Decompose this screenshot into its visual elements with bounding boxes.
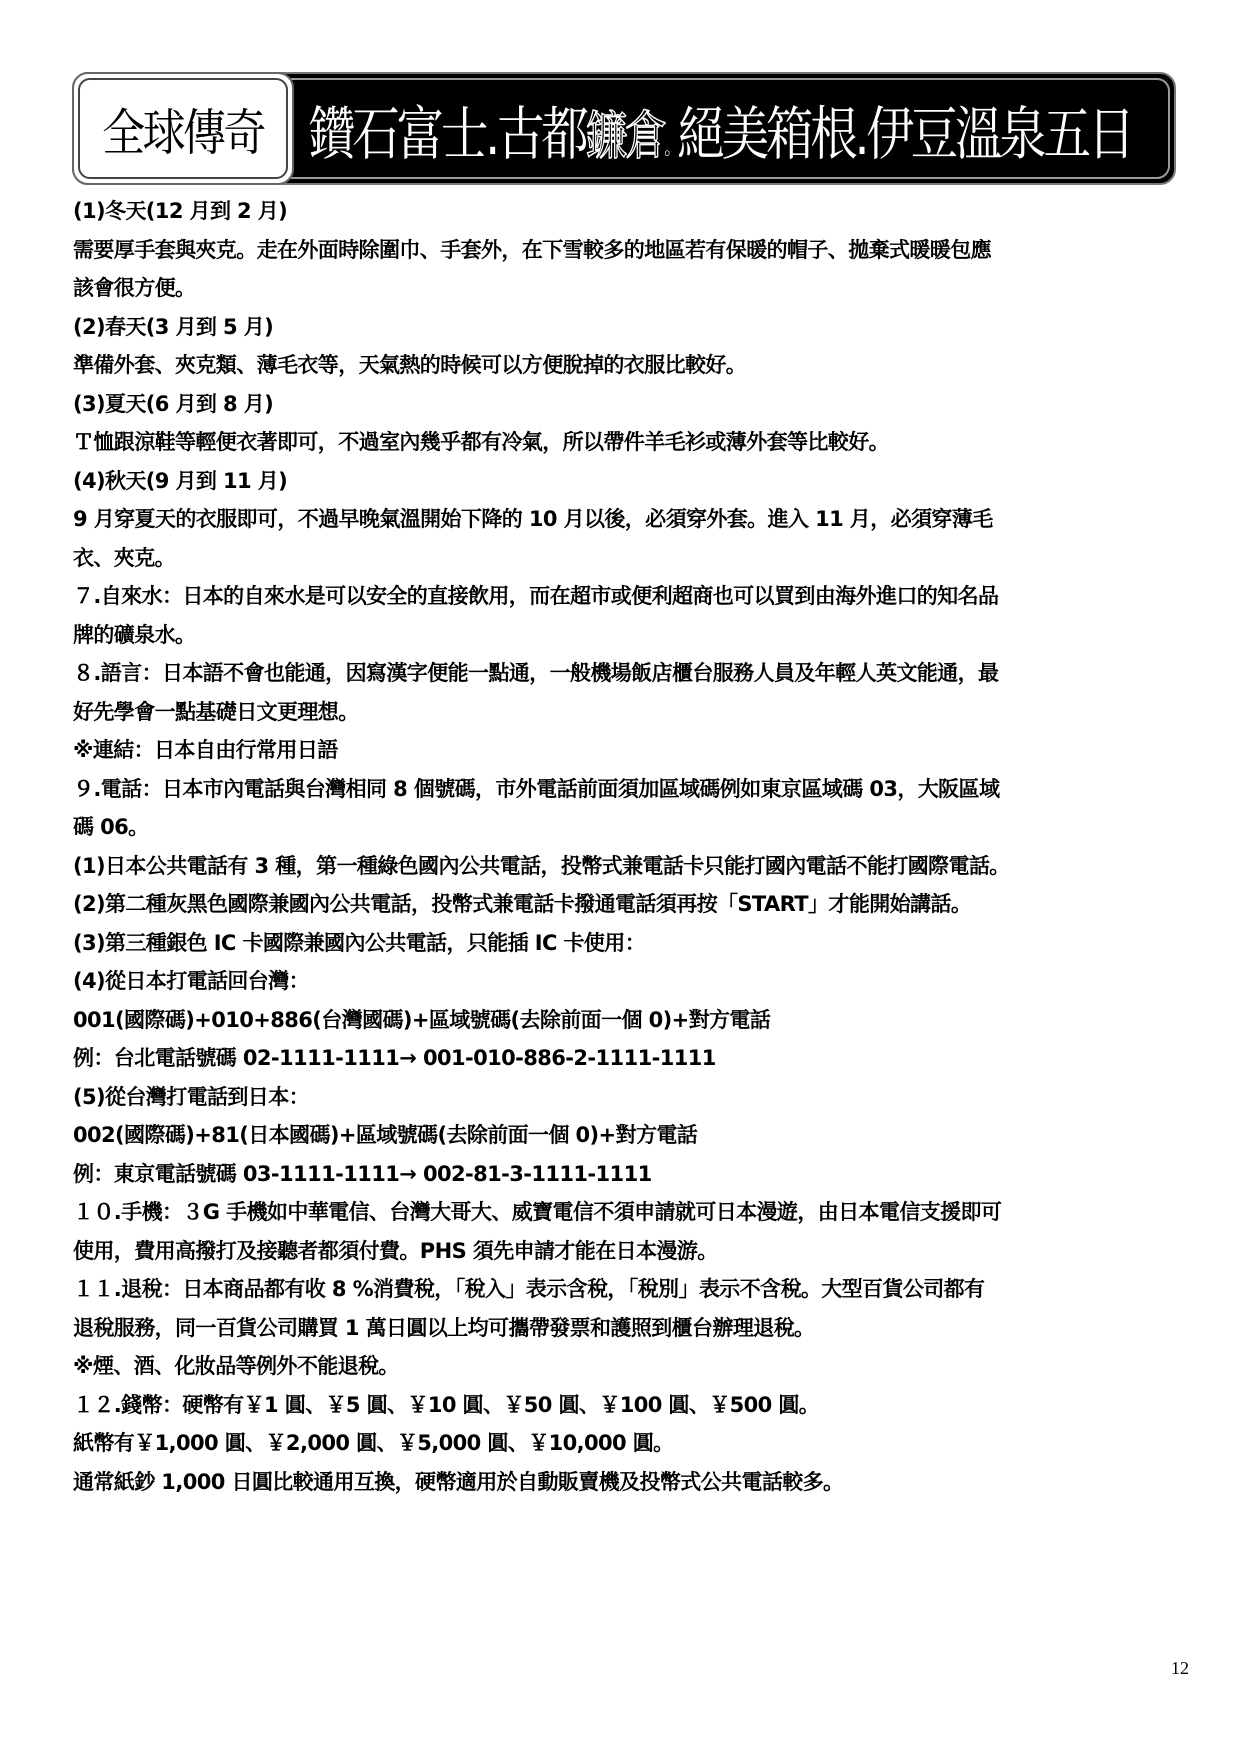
tour-title-dot: 。 [664, 135, 677, 159]
series-badge: 全球傳奇 [72, 72, 294, 185]
text-line: 例：台北電話號碼 02-1111-1111→ 001-010-886-2-111… [73, 1039, 1193, 1078]
text-line: (1)日本公共電話有 3 種，第一種綠色國內公共電話，投幣式兼電話卡只能打國內電… [73, 847, 1193, 886]
link-line[interactable]: ※連結：日本自由行常用日語 [73, 731, 1193, 770]
text-line: (1)冬天(12 月到 2 月) [73, 192, 1193, 231]
text-line: 準備外套、夾克類、薄毛衣等，天氣熱的時候可以方便脫掉的衣服比較好。 [73, 346, 1193, 385]
text-line: (4)從日本打電話回台灣： [73, 962, 1193, 1001]
text-line: １０.手機：３G 手機如中華電信、台灣大哥大、威寶電信不須申請就可日本漫遊，由日… [73, 1193, 1193, 1232]
text-line: (3)第三種銀色 IC 卡國際兼國內公共電話，只能插 IC 卡使用： [73, 924, 1193, 963]
text-line: 例：東京電話號碼 03-1111-1111→ 002-81-3-1111-111… [73, 1155, 1193, 1194]
text-line: ※煙、酒、化妝品等例外不能退稅。 [73, 1347, 1193, 1386]
body-text: (1)冬天(12 月到 2 月) 需要厚手套與夾克。走在外面時除圍巾、手套外，在… [73, 192, 1193, 1501]
text-line: １１.退稅：日本商品都有收 8 %消費稅，「稅入」表示含稅，「稅別」表示不含稅。… [73, 1270, 1193, 1309]
text-line: 衣、夾克。 [73, 539, 1193, 578]
tour-title-outlined: 鐮倉 [586, 107, 665, 167]
text-line: 使用，費用高撥打及接聽者都須付費。PHS 須先申請才能在日本漫游。 [73, 1232, 1193, 1271]
text-line: 需要厚手套與夾克。走在外面時除圍巾、手套外，在下雪較多的地區若有保暖的帽子、拋棄… [73, 231, 1193, 270]
text-line: 退稅服務，同一百貨公司購買 1 萬日圓以上均可攜帶發票和護照到櫃台辦理退稅。 [73, 1309, 1193, 1348]
text-line: １２.錢幣：硬幣有￥1 圓、￥5 圓、￥10 圓、￥50 圓、￥100 圓、￥5… [73, 1386, 1193, 1425]
text-line: 9 月穿夏天的衣服即可，不過早晚氣溫開始下降的 10 月以後，必須穿外套。進入 … [73, 500, 1193, 539]
text-line: 001(國際碼)+010+886(台灣國碼)+區域號碼(去除前面一個 0)+對方… [73, 1001, 1193, 1040]
page-number: 12 [1171, 1658, 1189, 1679]
text-line: 該會很方便。 [73, 269, 1193, 308]
text-line: ８.語言：日本語不會也能通，因寫漢字便能一點通，一般機場飯店櫃台服務人員及年輕人… [73, 654, 1193, 693]
text-line: ９.電話：日本市內電話與台灣相同 8 個號碼，市外電話前面須加區域碼例如東京區域… [73, 770, 1193, 809]
text-line: Ｔ恤跟涼鞋等輕便衣著即可，不過室內幾乎都有冷氣，所以帶件羊毛衫或薄外套等比較好。 [73, 423, 1193, 462]
text-line: (5)從台灣打電話到日本： [73, 1078, 1193, 1117]
text-line: 通常紙鈔 1,000 日圓比較通用互換，硬幣適用於自動販賣機及投幣式公共電話較多… [73, 1463, 1193, 1502]
text-line: (2)春天(3 月到 5 月) [73, 308, 1193, 347]
tour-title-part2: 絕美箱根.伊豆溫泉五日 [677, 100, 1132, 168]
text-line: 好先學會一點基礎日文更理想。 [73, 693, 1193, 732]
series-badge-label: 全球傳奇 [102, 93, 264, 165]
text-line: ７.自來水：日本的自來水是可以安全的直接飲用，而在超市或便利超商也可以買到由海外… [73, 577, 1193, 616]
text-line: (3)夏天(6 月到 8 月) [73, 385, 1193, 424]
text-line: 002(國際碼)+81(日本國碼)+區域號碼(去除前面一個 0)+對方電話 [73, 1116, 1193, 1155]
text-line: 碼 06。 [73, 808, 1193, 847]
page-header-banner: 全球傳奇 鑽石富士.古都鐮倉。絕美箱根.伊豆溫泉五日 [72, 72, 1176, 185]
text-line: 牌的礦泉水。 [73, 616, 1193, 655]
text-line: (2)第二種灰黑色國際兼國內公共電話，投幣式兼電話卡撥通電話須再按「START」… [73, 885, 1193, 924]
tour-title-part1: 鑽石富士.古都 [308, 100, 586, 168]
text-line: (4)秋天(9 月到 11 月) [73, 462, 1193, 501]
tour-title: 鑽石富士.古都鐮倉。絕美箱根.伊豆溫泉五日 [308, 72, 1164, 185]
text-line: 紙幣有￥1,000 圓、￥2,000 圓、￥5,000 圓、￥10,000 圓。 [73, 1424, 1193, 1463]
